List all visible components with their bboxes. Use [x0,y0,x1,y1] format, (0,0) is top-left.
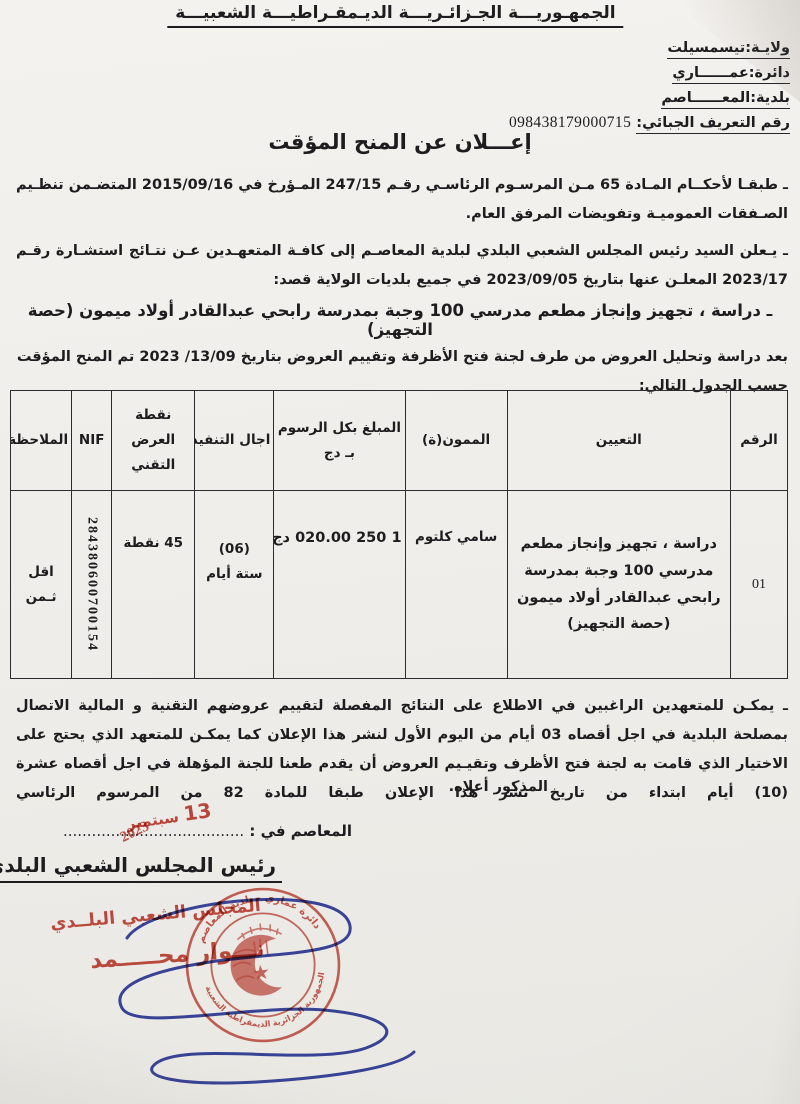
daira-text: دائرة:عمــــــاري [672,64,790,84]
commune-line: بلدية:المعــــــاصم [509,86,790,110]
page-title: إعـــلان عن المنح المؤقت [0,130,800,154]
contract-object-line: ـ دراسة ، تجهيز وإنجاز مطعم مدرسي 100 وج… [0,301,800,339]
col-header-delay: اجال التنفيذ [195,391,274,491]
president-signature [52,886,437,1094]
col-header-note: الملاحظة [11,391,72,491]
wilaya-line: ولايـة:تيسمسيلت [509,36,790,60]
cell-number: 01 [730,491,787,679]
col-header-number: الرقم [730,391,787,491]
wilaya-text: ولايـة:تيسمسيلت [667,39,790,59]
tax-id-value: 098438179000715 [509,114,631,131]
paragraph-appeal-rights-end: المذكور أعلاه. [449,779,548,795]
cell-note: اقل ثـمن [11,491,72,679]
paragraph-legal-basis: ـ طبقـا لأحكــام المـادة 65 مـن المرسـوم… [16,171,788,229]
signature-stroke [120,899,414,1083]
cell-designation: دراسة ، تجهيز وإنجاز مطعم مدرسي 100 وجبة… [507,491,730,679]
cell-delay: (06) ستة أيام [195,491,274,679]
signer-title: رئيس المجلس الشعبي البلدي [0,853,282,883]
commune-text: بلدية:المعــــــاصم [661,89,790,109]
cell-amount: 1 250 020.00 دج [274,491,405,679]
col-header-amount: المبلغ بكل الرسوم بـ دج [274,391,405,491]
table-header-row: الرقم التعيين الممون(ة) المبلغ بكل الرسو… [11,391,788,491]
authority-info-block: ولايـة:تيسمسيلت دائرة:عمــــــاري بلدية:… [509,36,790,136]
cell-tech-score: 45 نقطة [112,491,195,679]
paragraph-announcement: ـ يـعلن السيد رئيس المجلس الشعبي البلدي … [16,237,788,295]
cell-nif: 284380600700154 [72,491,112,679]
scanned-document-page: الجمهـوريـــة الجـزائـريـــة الديـمقـراط… [0,0,800,1104]
nif-vertical-number: 284380600700154 [79,505,105,665]
cell-supplier: سامي كلتوم [405,491,507,679]
delay-number: (06) [198,537,270,562]
place-and-date-line: المعاصم في : ...........................… [63,822,352,840]
delay-words: ستة أيام [198,562,270,587]
col-header-supplier: الممون(ة) [405,391,507,491]
col-header-tech-score: نقطة العرض التقني [112,391,195,491]
col-header-nif: NIF [72,391,112,491]
paragraph-appeal-rights: ـ يمكـن للمتعهدين الراغبين في الاطلاع عل… [16,692,788,808]
republic-header: الجمهـوريـــة الجـزائـريـــة الديـمقـراط… [167,3,623,28]
daira-line: دائرة:عمــــــاري [509,61,790,85]
date-stamp-day: 13 [182,798,213,826]
col-header-designation: التعيين [507,391,730,491]
place-label: المعاصم في : [249,822,352,840]
award-table: الرقم التعيين الممون(ة) المبلغ بكل الرسو… [10,390,788,679]
table-row: 01 دراسة ، تجهيز وإنجاز مطعم مدرسي 100 و… [11,491,788,679]
